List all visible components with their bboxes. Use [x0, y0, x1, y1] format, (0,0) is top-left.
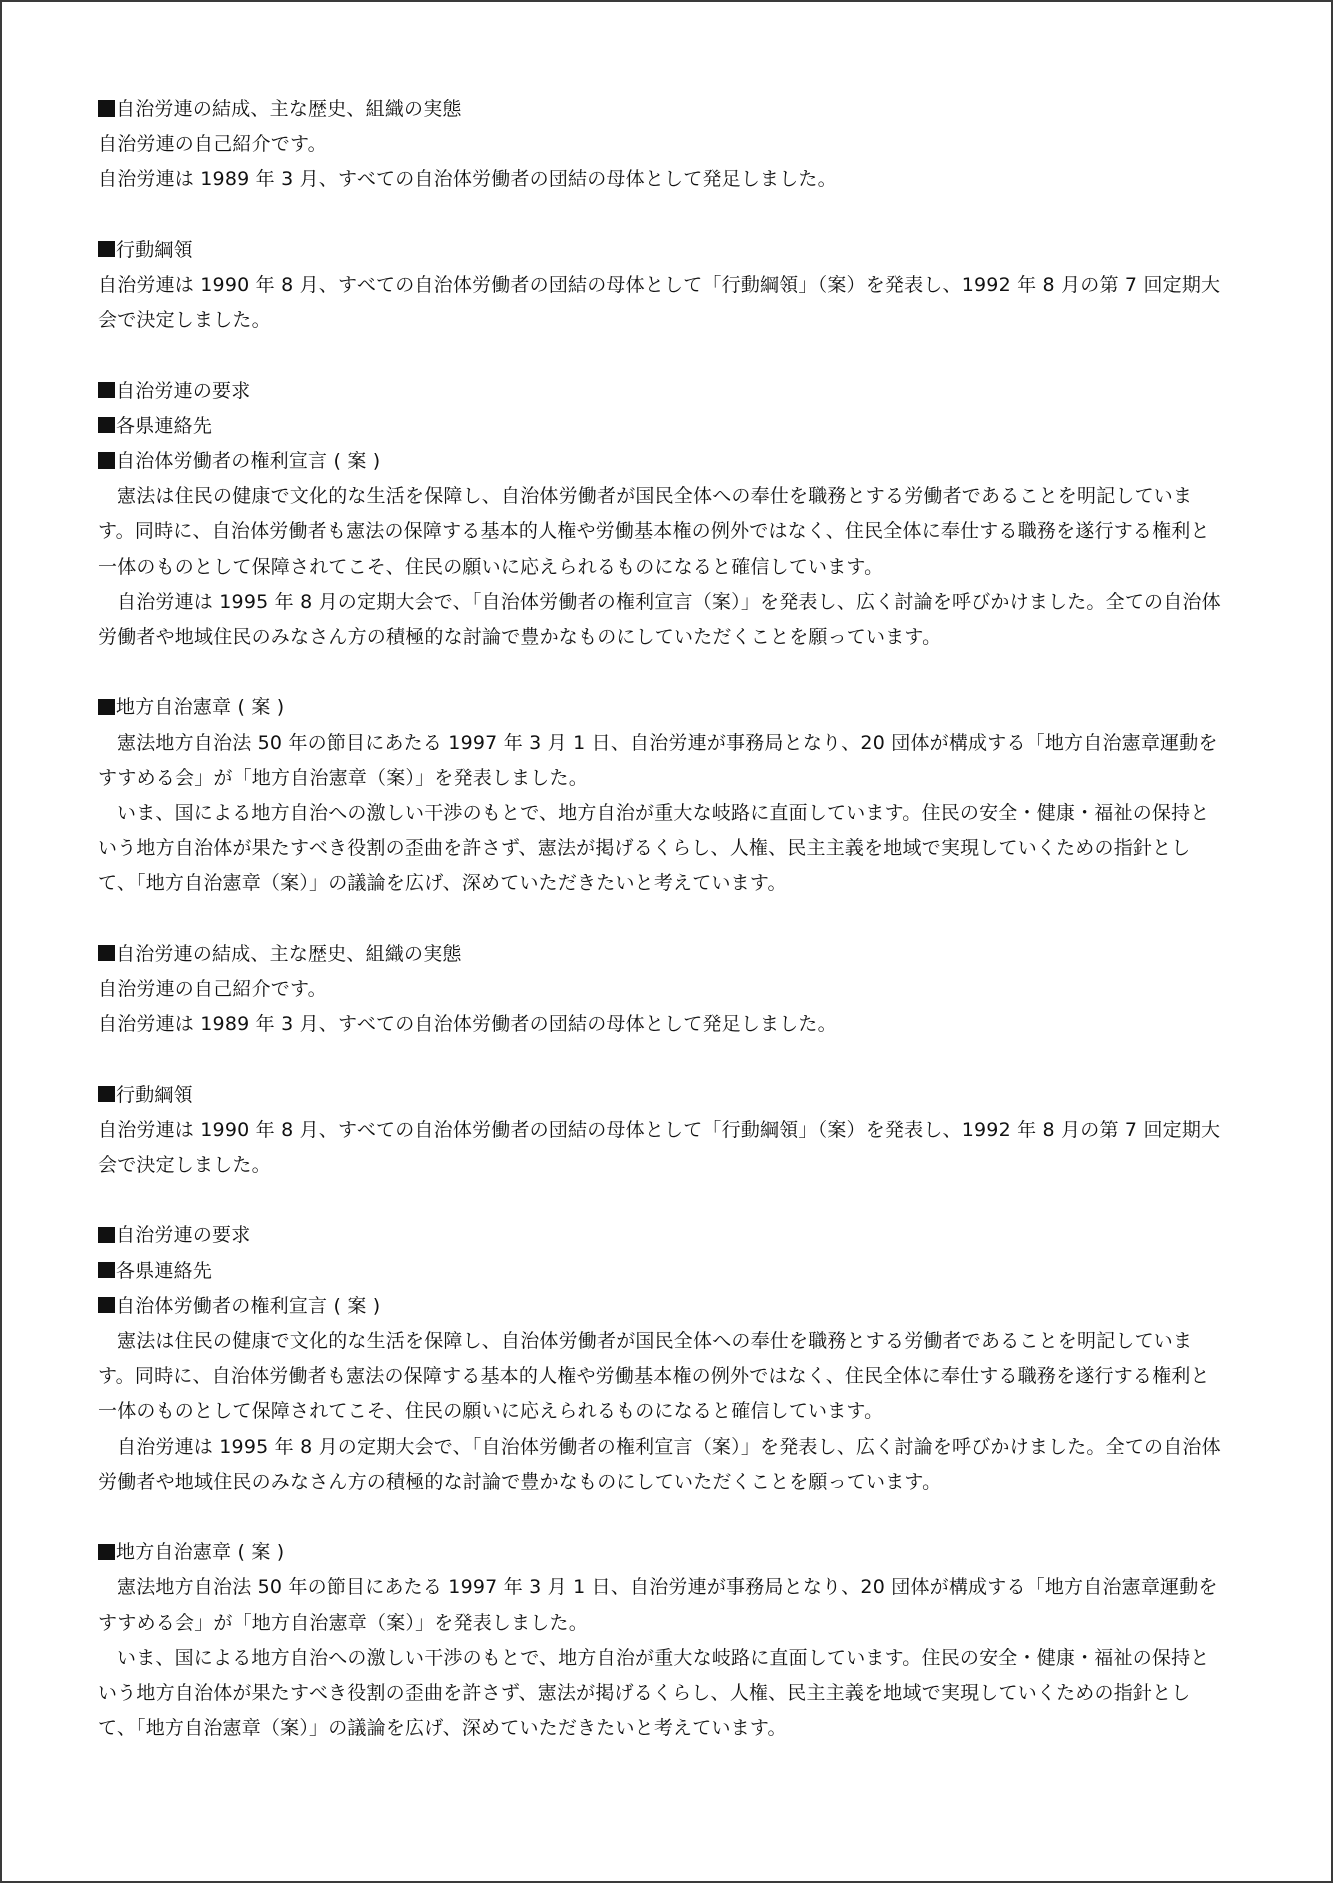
heading-text: 地方自治憲章 ( 案 )	[116, 1541, 284, 1563]
spacer	[98, 1500, 1228, 1535]
section-heading: 行動綱領	[98, 233, 1228, 268]
heading-text: 自治労連の結成、主な歴史、組織の実態	[116, 943, 462, 965]
heading-text: 各県連絡先	[116, 415, 212, 437]
square-bullet-icon	[98, 1544, 115, 1560]
section-founding-history: 自治労連の結成、主な歴史、組織の実態 自治労連の自己紹介です。 自治労連は 19…	[98, 937, 1228, 1043]
section-action-program: 行動綱領 自治労連は 1990 年 8 月、すべての自治体労働者の団結の母体とし…	[98, 1078, 1228, 1184]
paragraph: いま、国による地方自治への激しい干渉のもとで、地方自治が重大な岐路に直面していま…	[98, 1641, 1228, 1747]
section-action-program: 行動綱領 自治労連は 1990 年 8 月、すべての自治体労働者の団結の母体とし…	[98, 233, 1228, 339]
section-demands: 自治労連の要求	[98, 1218, 1228, 1253]
square-bullet-icon	[98, 699, 115, 715]
spacer	[98, 902, 1228, 937]
paragraph: 自治労連は 1989 年 3 月、すべての自治体労働者の団結の母体として発足しま…	[98, 162, 1228, 197]
square-bullet-icon	[98, 1262, 115, 1278]
section-founding-history: 自治労連の結成、主な歴史、組織の実態 自治労連の自己紹介です。 自治労連は 19…	[98, 92, 1228, 198]
section-prefecture-contacts: 各県連絡先	[98, 409, 1228, 444]
section-heading: 自治労連の結成、主な歴史、組織の実態	[98, 937, 1228, 972]
section-workers-rights-declaration: 自治体労働者の権利宣言 ( 案 ) 憲法は住民の健康で文化的な生活を保障し、自治…	[98, 444, 1228, 655]
square-bullet-icon	[98, 100, 115, 116]
content-block-2: 自治労連の結成、主な歴史、組織の実態 自治労連の自己紹介です。 自治労連は 19…	[98, 937, 1228, 1747]
content-block-1: 自治労連の結成、主な歴史、組織の実態 自治労連の自己紹介です。 自治労連は 19…	[98, 92, 1228, 902]
square-bullet-icon	[98, 417, 115, 433]
spacer	[98, 198, 1228, 233]
spacer	[98, 1183, 1228, 1218]
section-heading: 自治労連の要求	[98, 374, 1228, 409]
section-heading: 自治労連の結成、主な歴史、組織の実態	[98, 92, 1228, 127]
section-local-autonomy-charter: 地方自治憲章 ( 案 ) 憲法地方自治法 50 年の節目にあたる 1997 年 …	[98, 1535, 1228, 1746]
square-bullet-icon	[98, 452, 115, 468]
paragraph: 自治労連は 1989 年 3 月、すべての自治体労働者の団結の母体として発足しま…	[98, 1007, 1228, 1042]
heading-text: 自治労連の結成、主な歴史、組織の実態	[116, 98, 462, 120]
square-bullet-icon	[98, 382, 115, 398]
paragraph: 憲法は住民の健康で文化的な生活を保障し、自治体労働者が国民全体への奉仕を職務とす…	[98, 1324, 1228, 1430]
square-bullet-icon	[98, 945, 115, 961]
paragraph: 自治労連は 1995 年 8 月の定期大会で、「自治体労働者の権利宣言（案）」を…	[98, 585, 1228, 655]
spacer	[98, 338, 1228, 373]
heading-text: 自治体労働者の権利宣言 ( 案 )	[116, 450, 380, 472]
paragraph: 憲法地方自治法 50 年の節目にあたる 1997 年 3 月 1 日、自治労連が…	[98, 726, 1228, 796]
section-heading: 地方自治憲章 ( 案 )	[98, 690, 1228, 725]
document-page: 自治労連の結成、主な歴史、組織の実態 自治労連の自己紹介です。 自治労連は 19…	[0, 0, 1333, 1883]
paragraph: 自治労連は 1990 年 8 月、すべての自治体労働者の団結の母体として「行動綱…	[98, 1113, 1228, 1183]
heading-text: 行動綱領	[116, 239, 193, 261]
section-demands: 自治労連の要求	[98, 374, 1228, 409]
heading-text: 自治労連の要求	[116, 1224, 250, 1246]
spacer	[98, 1042, 1228, 1077]
paragraph: 自治労連は 1995 年 8 月の定期大会で、「自治体労働者の権利宣言（案）」を…	[98, 1430, 1228, 1500]
heading-text: 自治体労働者の権利宣言 ( 案 )	[116, 1295, 380, 1317]
section-local-autonomy-charter: 地方自治憲章 ( 案 ) 憲法地方自治法 50 年の節目にあたる 1997 年 …	[98, 690, 1228, 901]
heading-text: 地方自治憲章 ( 案 )	[116, 696, 284, 718]
square-bullet-icon	[98, 1086, 115, 1102]
heading-text: 各県連絡先	[116, 1260, 212, 1282]
paragraph: 憲法地方自治法 50 年の節目にあたる 1997 年 3 月 1 日、自治労連が…	[98, 1570, 1228, 1640]
section-workers-rights-declaration: 自治体労働者の権利宣言 ( 案 ) 憲法は住民の健康で文化的な生活を保障し、自治…	[98, 1289, 1228, 1500]
paragraph: 自治労連の自己紹介です。	[98, 127, 1228, 162]
square-bullet-icon	[98, 1297, 115, 1313]
paragraph: 憲法は住民の健康で文化的な生活を保障し、自治体労働者が国民全体への奉仕を職務とす…	[98, 479, 1228, 585]
square-bullet-icon	[98, 1227, 115, 1243]
section-heading: 地方自治憲章 ( 案 )	[98, 1535, 1228, 1570]
paragraph: 自治労連の自己紹介です。	[98, 972, 1228, 1007]
section-heading: 各県連絡先	[98, 409, 1228, 444]
heading-text: 自治労連の要求	[116, 380, 250, 402]
section-heading: 行動綱領	[98, 1078, 1228, 1113]
section-heading: 自治体労働者の権利宣言 ( 案 )	[98, 444, 1228, 479]
section-heading: 各県連絡先	[98, 1254, 1228, 1289]
heading-text: 行動綱領	[116, 1084, 193, 1106]
document-body: 自治労連の結成、主な歴史、組織の実態 自治労連の自己紹介です。 自治労連は 19…	[98, 92, 1228, 1746]
spacer	[98, 655, 1228, 690]
section-heading: 自治体労働者の権利宣言 ( 案 )	[98, 1289, 1228, 1324]
paragraph: いま、国による地方自治への激しい干渉のもとで、地方自治が重大な岐路に直面していま…	[98, 796, 1228, 902]
section-heading: 自治労連の要求	[98, 1218, 1228, 1253]
paragraph: 自治労連は 1990 年 8 月、すべての自治体労働者の団結の母体として「行動綱…	[98, 268, 1228, 338]
square-bullet-icon	[98, 241, 115, 257]
section-prefecture-contacts: 各県連絡先	[98, 1254, 1228, 1289]
